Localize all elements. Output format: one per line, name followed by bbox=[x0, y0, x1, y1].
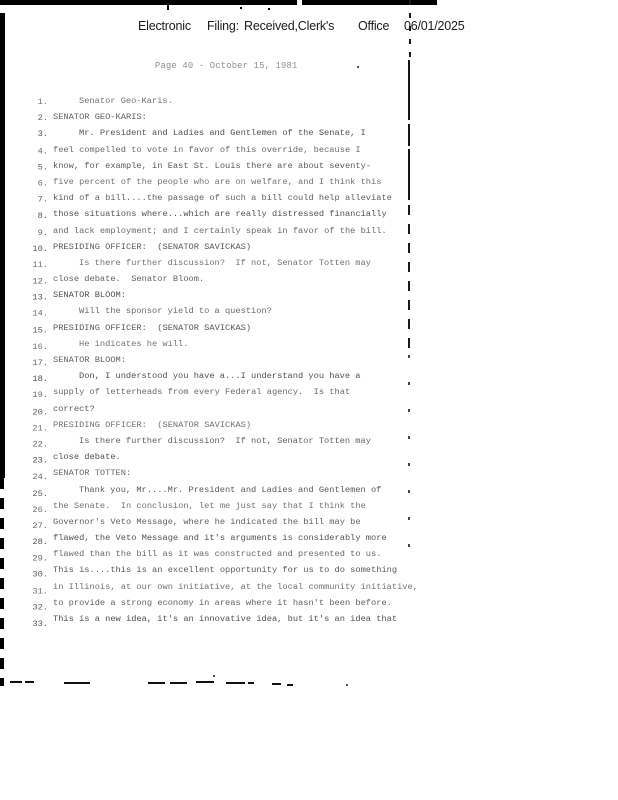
line-text: to provide a strong economy in areas whe… bbox=[53, 595, 392, 611]
line-text: the Senate. In conclusion, let me just s… bbox=[53, 498, 366, 514]
transcript-line: 19.supply of letterheads from every Fede… bbox=[0, 384, 618, 400]
line-text: Will the sponsor yield to a question? bbox=[53, 303, 272, 319]
line-text: five percent of the people who are on we… bbox=[53, 174, 381, 190]
transcript-lines: 1.Senator Geo-Karis.2.SENATOR GEO-KARIS:… bbox=[0, 93, 618, 627]
line-text: in Illinois, at our own initiative, at t… bbox=[53, 579, 418, 595]
scan-artifact-dash bbox=[148, 682, 165, 684]
line-text: close debate. bbox=[53, 449, 121, 465]
transcript-line: 29.flawed than the bill as it was constr… bbox=[0, 546, 618, 562]
stamp-date: 06/01/2025 bbox=[404, 19, 465, 33]
line-text: Is there further discussion? If not, Sen… bbox=[53, 433, 371, 449]
line-number: 1. bbox=[24, 94, 48, 110]
transcript-line: 33.This is a new idea, it's an innovativ… bbox=[0, 611, 618, 627]
line-text: flawed, the Veto Message and it's argume… bbox=[53, 530, 387, 546]
scan-artifact-dash bbox=[10, 681, 22, 683]
transcript-line: 23.close debate. bbox=[0, 449, 618, 465]
scan-artifact-top-bar-gap bbox=[297, 0, 302, 5]
scan-artifact-dash bbox=[287, 684, 293, 686]
line-number: 4. bbox=[24, 143, 48, 159]
transcript-line: 18.Don, I understood you have a...I unde… bbox=[0, 368, 618, 384]
transcript-line: 13.SENATOR BLOOM: bbox=[0, 287, 618, 303]
line-text: feel compelled to vote in favor of this … bbox=[53, 142, 361, 158]
line-text: Mr. President and Ladies and Gentlemen o… bbox=[53, 125, 366, 141]
scan-artifact-dash bbox=[25, 681, 34, 683]
transcript-line: 24.SENATOR TOTTEN: bbox=[0, 465, 618, 481]
line-text: flawed than the bill as it was construct… bbox=[53, 546, 381, 562]
line-number: 33. bbox=[24, 616, 48, 632]
scan-artifact-dot bbox=[213, 675, 215, 677]
stamp-word-received-clerks: Received,Clerk's bbox=[244, 19, 334, 33]
line-text: know, for example, in East St. Louis the… bbox=[53, 158, 371, 174]
line-text: SENATOR BLOOM: bbox=[53, 287, 126, 303]
transcript-line: 11.Is there further discussion? If not, … bbox=[0, 255, 618, 271]
line-text: He indicates he will. bbox=[53, 336, 188, 352]
line-text: correct? bbox=[53, 401, 95, 417]
scan-artifact-dash bbox=[248, 682, 254, 684]
transcript-line: 10.PRESIDING OFFICER: (SENATOR SAVICKAS) bbox=[0, 239, 618, 255]
line-text: PRESIDING OFFICER: (SENATOR SAVICKAS) bbox=[53, 417, 251, 433]
line-text: kind of a bill....the passage of such a … bbox=[53, 190, 392, 206]
scan-artifact-dash bbox=[226, 682, 245, 684]
line-number: 2. bbox=[24, 110, 48, 126]
transcript-line: 30.This is....this is an excellent oppor… bbox=[0, 562, 618, 578]
transcript-line: 25.Thank you, Mr....Mr. President and La… bbox=[0, 482, 618, 498]
stamp-word-filing: Filing: bbox=[207, 19, 239, 33]
scan-artifact-dash bbox=[64, 682, 90, 684]
line-text: close debate. Senator Bloom. bbox=[53, 271, 204, 287]
line-text: Don, I understood you have a...I underst… bbox=[53, 368, 361, 384]
transcript-line: 1.Senator Geo-Karis. bbox=[0, 93, 618, 109]
transcript-line: 14.Will the sponsor yield to a question? bbox=[0, 303, 618, 319]
transcript-line: 28.flawed, the Veto Message and it's arg… bbox=[0, 530, 618, 546]
line-text: This is a new idea, it's an innovative i… bbox=[53, 611, 397, 627]
transcript-line: 6.five percent of the people who are on … bbox=[0, 174, 618, 190]
transcript-line: 31.in Illinois, at our own initiative, a… bbox=[0, 579, 618, 595]
line-text: and lack employment; and I certainly spe… bbox=[53, 223, 387, 239]
transcript-line: 2.SENATOR GEO-KARIS: bbox=[0, 109, 618, 125]
stamp-word-office: Office bbox=[358, 19, 389, 33]
line-text: SENATOR TOTTEN: bbox=[53, 465, 131, 481]
line-text: This is....this is an excellent opportun… bbox=[53, 562, 397, 578]
transcript-line: 9.and lack employment; and I certainly s… bbox=[0, 223, 618, 239]
line-text: SENATOR GEO-KARIS: bbox=[53, 109, 147, 125]
scan-artifact-tick bbox=[268, 8, 270, 10]
transcript-line: 12.close debate. Senator Bloom. bbox=[0, 271, 618, 287]
transcript-line: 15.PRESIDING OFFICER: (SENATOR SAVICKAS) bbox=[0, 320, 618, 336]
scan-artifact-tick bbox=[240, 7, 242, 9]
line-text: Governor's Veto Message, where he indica… bbox=[53, 514, 361, 530]
transcript-line: 8.those situations where...which are rea… bbox=[0, 206, 618, 222]
page-header: Page 40 - October 15, 1981 bbox=[155, 61, 297, 71]
line-text: PRESIDING OFFICER: (SENATOR SAVICKAS) bbox=[53, 320, 251, 336]
line-text: Senator Geo-Karis. bbox=[53, 93, 173, 109]
transcript-line: 4.feel compelled to vote in favor of thi… bbox=[0, 142, 618, 158]
transcript-line: 5.know, for example, in East St. Louis t… bbox=[0, 158, 618, 174]
transcript-line: 20.correct? bbox=[0, 401, 618, 417]
line-text: supply of letterheads from every Federal… bbox=[53, 384, 350, 400]
scan-artifact-top-bar bbox=[0, 0, 437, 5]
scan-artifact-dot bbox=[346, 684, 348, 686]
transcript-line: 16.He indicates he will. bbox=[0, 336, 618, 352]
scan-artifact-tick bbox=[167, 5, 169, 10]
transcript-line: 21.PRESIDING OFFICER: (SENATOR SAVICKAS) bbox=[0, 417, 618, 433]
line-text: Is there further discussion? If not, Sen… bbox=[53, 255, 371, 271]
scan-artifact-dot bbox=[357, 66, 359, 68]
line-number: 3. bbox=[24, 127, 48, 143]
line-text: SENATOR BLOOM: bbox=[53, 352, 126, 368]
line-text: those situations where...which are reall… bbox=[53, 206, 387, 222]
scanned-transcript-page: Electronic Filing: Received,Clerk's Offi… bbox=[0, 0, 618, 800]
line-text: Thank you, Mr....Mr. President and Ladie… bbox=[53, 482, 381, 498]
scan-artifact-dash bbox=[170, 682, 187, 684]
line-text: PRESIDING OFFICER: (SENATOR SAVICKAS) bbox=[53, 239, 251, 255]
transcript-line: 7.kind of a bill....the passage of such … bbox=[0, 190, 618, 206]
stamp-word-electronic: Electronic bbox=[138, 19, 191, 33]
transcript-line: 32.to provide a strong economy in areas … bbox=[0, 595, 618, 611]
transcript-line: 17.SENATOR BLOOM: bbox=[0, 352, 618, 368]
transcript-line: 22.Is there further discussion? If not, … bbox=[0, 433, 618, 449]
transcript-line: 3.Mr. President and Ladies and Gentlemen… bbox=[0, 125, 618, 141]
transcript-line: 27.Governor's Veto Message, where he ind… bbox=[0, 514, 618, 530]
transcript-line: 26.the Senate. In conclusion, let me jus… bbox=[0, 498, 618, 514]
scan-artifact-dash bbox=[272, 683, 281, 685]
scan-artifact-dash bbox=[196, 681, 214, 683]
